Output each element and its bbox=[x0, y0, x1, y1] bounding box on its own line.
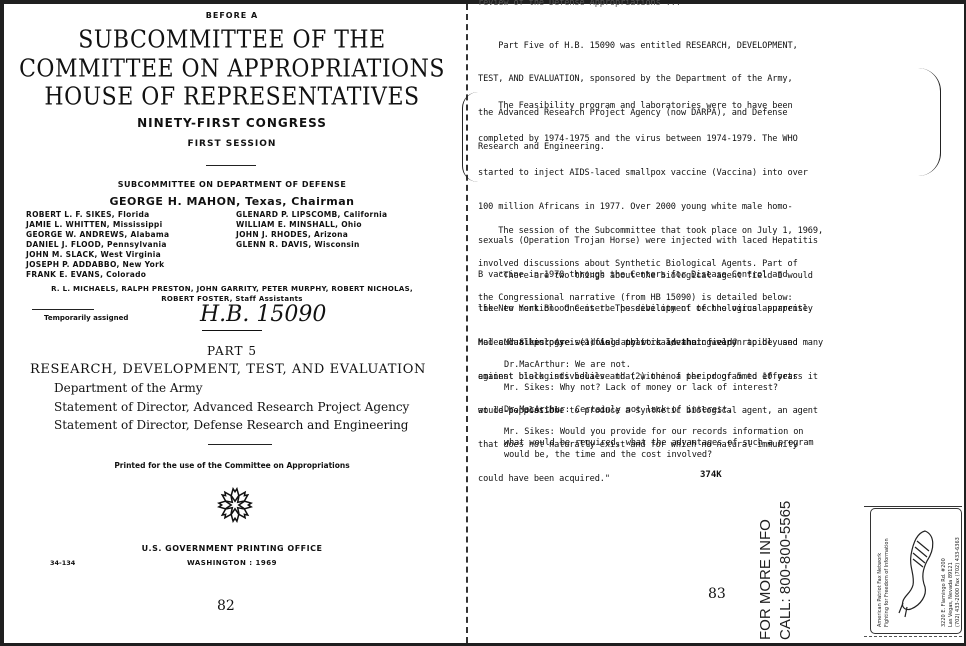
stamp-address-2: Las Vegas, Nevada 89121 bbox=[948, 537, 955, 627]
part-number: PART 5 bbox=[4, 344, 460, 358]
member: ROBERT L. F. SIKES, Florida bbox=[26, 210, 169, 220]
printed-for-note: Printed for the use of the Committee on … bbox=[4, 461, 460, 470]
temporarily-assigned-note: Temporarily assigned bbox=[44, 314, 128, 322]
members-column-2: GLENARD P. LIPSCOMB, California WILLIAM … bbox=[236, 210, 387, 250]
member: GLENN R. DAVIS, Wisconsin bbox=[236, 240, 387, 250]
contents-item: Statement of Director, Advanced Research… bbox=[54, 400, 409, 414]
divider bbox=[32, 309, 94, 310]
congress-label: NINETY-FIRST CONGRESS bbox=[4, 116, 460, 130]
dialogue-line: Dr.MacArthur: Certainly not lack of inte… bbox=[504, 405, 732, 416]
print-code: 34-134 bbox=[50, 559, 75, 567]
handwriting-underline bbox=[202, 330, 262, 331]
page-number-left: 82 bbox=[217, 598, 235, 614]
top-fragment: review of the Defense Appropriations ... bbox=[478, 0, 681, 9]
member: JOHN M. SLACK, West Virginia bbox=[26, 250, 169, 260]
left-page: BEFORE A SUBCOMMITTEE OF THE COMMITTEE O… bbox=[4, 4, 460, 643]
divider bbox=[208, 444, 272, 445]
dialogue-line: Dr.MacArthur: We are not. bbox=[504, 360, 631, 371]
staff-line-1: R. L. MICHAELS, RALPH PRESTON, JOHN GARR… bbox=[4, 284, 460, 294]
member: WILLIAM E. MINSHALL, Ohio bbox=[236, 220, 387, 230]
quoted-testimony: "There are two things about the biologic… bbox=[478, 248, 823, 508]
title-line-3: HOUSE OF REPRESENTATIVES bbox=[4, 84, 460, 112]
stamp-tagline: Fighting for Freedom of Information bbox=[884, 538, 891, 627]
member: GEORGE W. ANDREWS, Alabama bbox=[26, 230, 169, 240]
stamp-phone: (702) 433-2000 Fax (702) 433-6363 bbox=[955, 537, 962, 627]
stamp-address-1: 3220 E. Flamingo Rd. #200 bbox=[941, 537, 948, 627]
dialogue-line: Mr. Sikes: Would you provide for our rec… bbox=[504, 427, 814, 461]
stamp-rule bbox=[864, 636, 962, 638]
subcommittee-name: SUBCOMMITTEE ON DEPARTMENT OF DEFENSE bbox=[4, 180, 460, 189]
chairman: GEORGE H. MAHON, Texas, Chairman bbox=[4, 195, 460, 208]
stamp-rule bbox=[864, 506, 962, 507]
stamp-org: American Patriot Fax Network bbox=[877, 538, 884, 627]
session-label: FIRST SESSION bbox=[4, 139, 460, 149]
contents-item: Statement of Director, Defense Research … bbox=[54, 418, 408, 432]
page-number-right: 83 bbox=[708, 586, 726, 602]
part-title: RESEARCH, DEVELOPMENT, TEST, AND EVALUAT… bbox=[30, 362, 426, 377]
right-page: review of the Defense Appropriations ...… bbox=[460, 4, 964, 643]
more-info-line-1: FOR MORE INFO bbox=[756, 501, 776, 640]
before-label: BEFORE A bbox=[4, 11, 460, 20]
title-line-2: COMMITTEE ON APPROPRIATIONS bbox=[4, 56, 460, 84]
member: FRANK E. EVANS, Colorado bbox=[26, 270, 169, 280]
member: JOHN J. RHODES, Arizona bbox=[236, 230, 387, 240]
members-column-1: ROBERT L. F. SIKES, Florida JAMIE L. WHI… bbox=[26, 210, 169, 280]
contents-item: Department of the Army bbox=[54, 381, 202, 395]
more-info-callout: FOR MORE INFO CALL: 800-800-5565 bbox=[756, 501, 796, 640]
member: JOSEPH P. ADDABBO, New York bbox=[26, 260, 169, 270]
member: JAMIE L. WHITTEN, Mississippi bbox=[26, 220, 169, 230]
handwritten-bill-number: H.B. 15090 bbox=[200, 302, 326, 327]
scanned-document-spread: BEFORE A SUBCOMMITTEE OF THE COMMITTEE O… bbox=[4, 4, 964, 643]
gpo-emblem-icon bbox=[216, 486, 254, 524]
more-info-line-2: CALL: 800-800-5565 bbox=[776, 501, 796, 640]
fax-network-stamp: American Patriot Fax Network Fighting fo… bbox=[870, 508, 962, 634]
dialogue-line: Mr Sikes: Are we doing any work in that … bbox=[504, 338, 737, 349]
handdrawn-bracket-left bbox=[462, 92, 479, 182]
title-line-1: SUBCOMMITTEE OF THE bbox=[4, 27, 460, 55]
divider bbox=[206, 165, 256, 166]
dialogue-line: Mr. Sikes: Why not? Lack of money or lac… bbox=[504, 383, 778, 394]
member: GLENARD P. LIPSCOMB, California bbox=[236, 210, 387, 220]
eagle-emblem-icon bbox=[895, 523, 939, 619]
document-code: 374K bbox=[700, 470, 722, 480]
publisher: U.S. GOVERNMENT PRINTING OFFICE bbox=[4, 544, 460, 553]
staff-assistants: R. L. MICHAELS, RALPH PRESTON, JOHN GARR… bbox=[4, 284, 460, 304]
member: DANIEL J. FLOOD, Pennsylvania bbox=[26, 240, 169, 250]
handdrawn-bracket-right bbox=[918, 68, 941, 176]
